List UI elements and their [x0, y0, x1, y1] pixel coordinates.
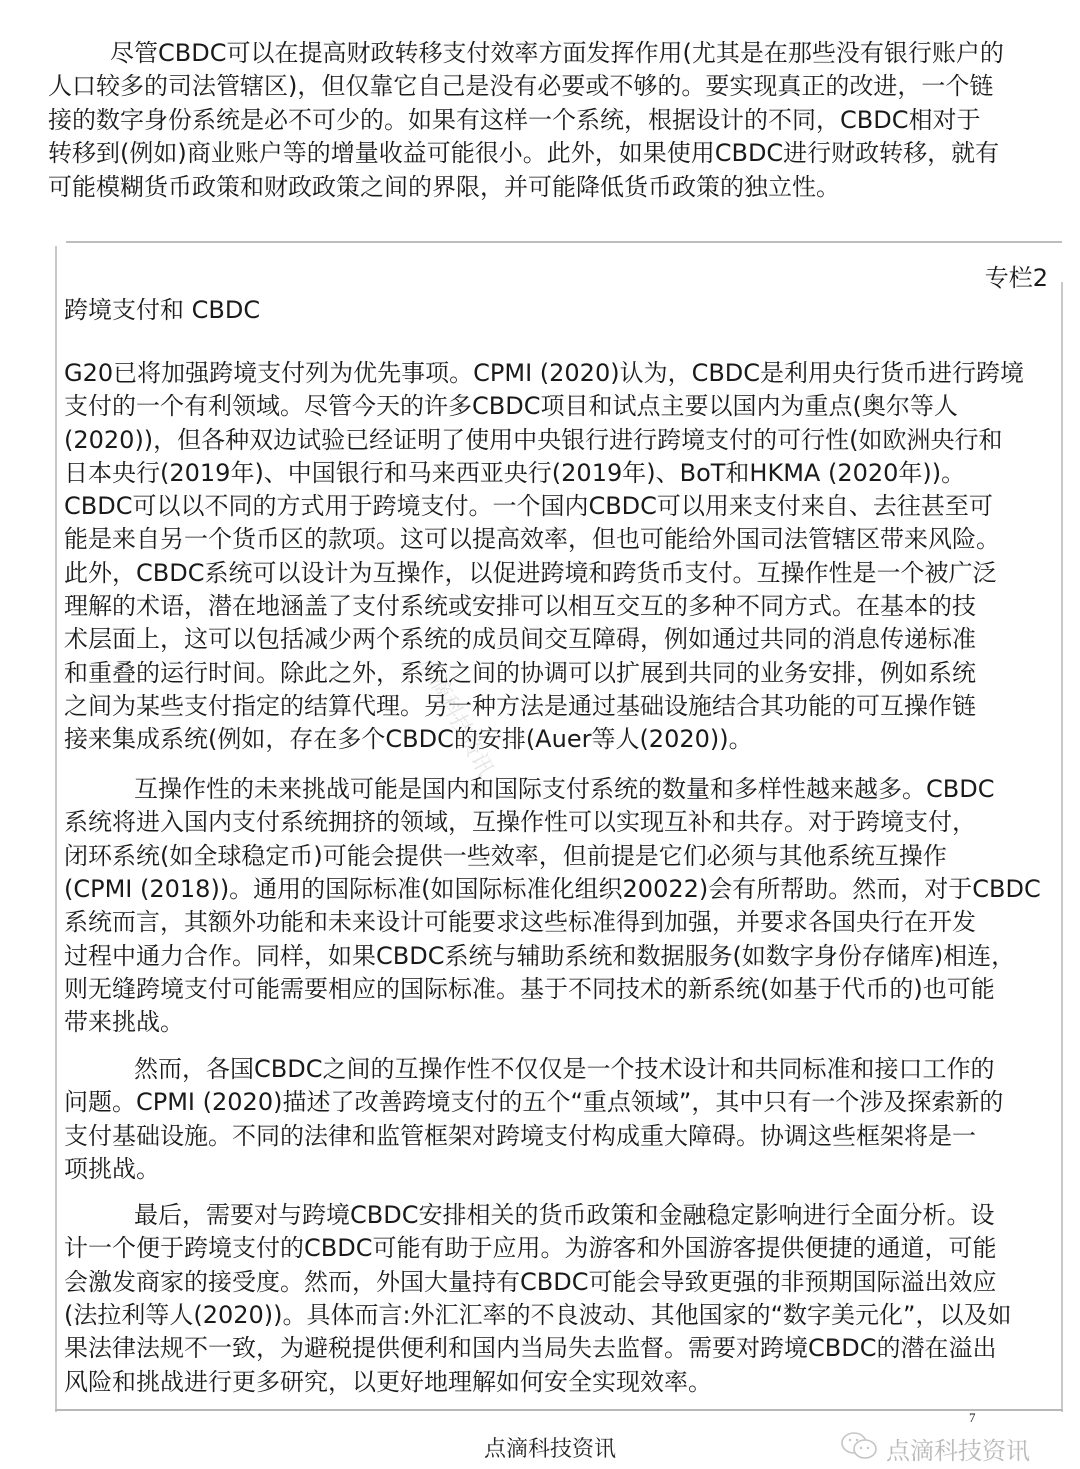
- box-bottom-border: [55, 1409, 1063, 1411]
- box-top-border: [66, 241, 1062, 243]
- box-line: 支付基础设施。不同的法律和监管框架对跨境支付构成重大障碍。协调这些框架将是一: [64, 1120, 976, 1153]
- footer-source: 点滴科技资讯: [484, 1434, 616, 1464]
- box-line: 理解的术语，潜在地涵盖了支付系统或安排可以相互交互的多种不同方式。在基本的技: [64, 590, 976, 623]
- box-right-border: [1061, 282, 1063, 1412]
- box-line: 风险和挑战进行更多研究，以更好地理解如何安全实现效率。: [64, 1366, 712, 1399]
- box-line: (2020))，但各种双边试验已经证明了使用中央银行进行跨境支付的可行性(如欧洲…: [64, 424, 1003, 457]
- box-line: 会激发商家的接受度。然而，外国大量持有CBDC可能会导致更强的非预期国际溢出效应: [64, 1266, 996, 1299]
- box-line: 最后，需要对与跨境CBDC安排相关的货币政策和金融稳定影响进行全面分析。设: [134, 1199, 994, 1232]
- corner-watermark: 点滴科技资讯: [840, 1430, 1030, 1469]
- box-line: 则无缝跨境支付可能需要相应的国际标准。基于不同技术的新系统(如基于代币的)也可能: [64, 973, 995, 1006]
- box-line: 问题。CPMI (2020)描述了改善跨境支付的五个“重点领域”，其中只有一个涉…: [64, 1086, 1003, 1119]
- box-line: 项挑战。: [64, 1153, 160, 1186]
- box-line: 支付的一个有利领域。尽管今天的许多CBDC项目和试点主要以国内为重点(奥尔等人: [64, 390, 958, 423]
- box-left-border: [55, 246, 57, 1412]
- box-line: 带来挑战。: [64, 1006, 184, 1039]
- box-line: 计一个便于跨境支付的CBDC可能有助于应用。为游客和外国游客提供便捷的通道，可能: [64, 1232, 996, 1265]
- column-label: 专栏2: [985, 262, 1048, 295]
- box-line: 果法律法规不一致，为避税提供便利和国内当局失去监督。需要对跨境CBDC的潜在溢出: [64, 1332, 996, 1365]
- box-line: G20已将加强跨境支付列为优先事项。CPMI (2020)认为，CBDC是利用央…: [64, 357, 1024, 390]
- box-line: 系统将进入国内支付系统拥挤的领域，互操作性可以实现互补和共存。对于跨境支付，: [64, 806, 976, 839]
- box-line: 互操作性的未来挑战可能是国内和国际支付系统的数量和多样性越来越多。CBDC: [134, 773, 994, 806]
- box-line: 和重叠的运行时间。除此之外，系统之间的协调可以扩展到共同的业务安排，例如系统: [64, 657, 976, 690]
- intro-line: 人口较多的司法管辖区)，但仅靠它自己是没有必要或不够的。要实现真正的改进，一个链: [48, 70, 993, 103]
- intro-line: 接的数字身份系统是必不可少的。如果有这样一个系统，根据设计的不同，CBDC相对于: [48, 104, 980, 137]
- box-line: 日本央行(2019年)、中国银行和马来西亚央行(2019年)、BoT和HKMA …: [64, 457, 965, 490]
- box-line: (法拉利等人(2020))。具体而言:外汇汇率的不良波动、其他国家的“数字美元化…: [64, 1299, 1011, 1332]
- watermark-text: 点滴科技资讯: [886, 1434, 1030, 1468]
- box-line: 系统而言，其额外功能和未来设计可能要求这些标准得到加强，并要求各国央行在开发: [64, 906, 976, 939]
- box-title: 跨境支付和 CBDC: [64, 294, 260, 327]
- box-line: 过程中通力合作。同样，如果CBDC系统与辅助系统和数据服务(如数字身份存储库)相…: [64, 940, 1015, 973]
- box-line: 接来集成系统(例如，存在多个CBDC的安排(Auer等人(2020))。: [64, 723, 753, 756]
- wechat-icon: [840, 1430, 880, 1469]
- intro-line: 尽管CBDC可以在提高财政转移支付效率方面发挥作用(尤其是在那些没有银行账户的: [110, 37, 1004, 70]
- box-line: 术层面上，这可以包括减少两个系统的成员间交互障碍，例如通过共同的消息传递标准: [64, 623, 976, 656]
- box-line: 然而，各国CBDC之间的互操作性不仅仅是一个技术设计和共同标准和接口工作的: [134, 1053, 994, 1086]
- intro-line: 转移到(例如)商业账户等的增量收益可能很小。此外，如果使用CBDC进行财政转移，…: [48, 137, 999, 170]
- box-line: (CPMI (2018))。通用的国际标准(如国际标准化组织20022)会有所帮…: [64, 873, 1041, 906]
- box-line: 之间为某些支付指定的结算代理。另一种方法是通过基础设施结合其功能的可互操作链: [64, 690, 976, 723]
- box-line: 能是来自另一个货币区的款项。这可以提高效率，但也可能给外国司法管辖区带来风险。: [64, 523, 1000, 556]
- box-line: 闭环系统(如全球稳定币)可能会提供一些效率，但前提是它们必须与其他系统互操作: [64, 840, 947, 873]
- box-line: CBDC可以以不同的方式用于跨境支付。一个国内CBDC可以用来支付来自、去往甚至…: [64, 490, 993, 523]
- intro-line: 可能模糊货币政策和财政政策之间的界限，并可能降低货币政策的独立性。: [48, 171, 840, 204]
- page-number: 7: [969, 1410, 976, 1426]
- box-line: 此外，CBDC系统可以设计为互操作，以促进跨境和跨货币支付。互操作性是一个被广泛: [64, 557, 996, 590]
